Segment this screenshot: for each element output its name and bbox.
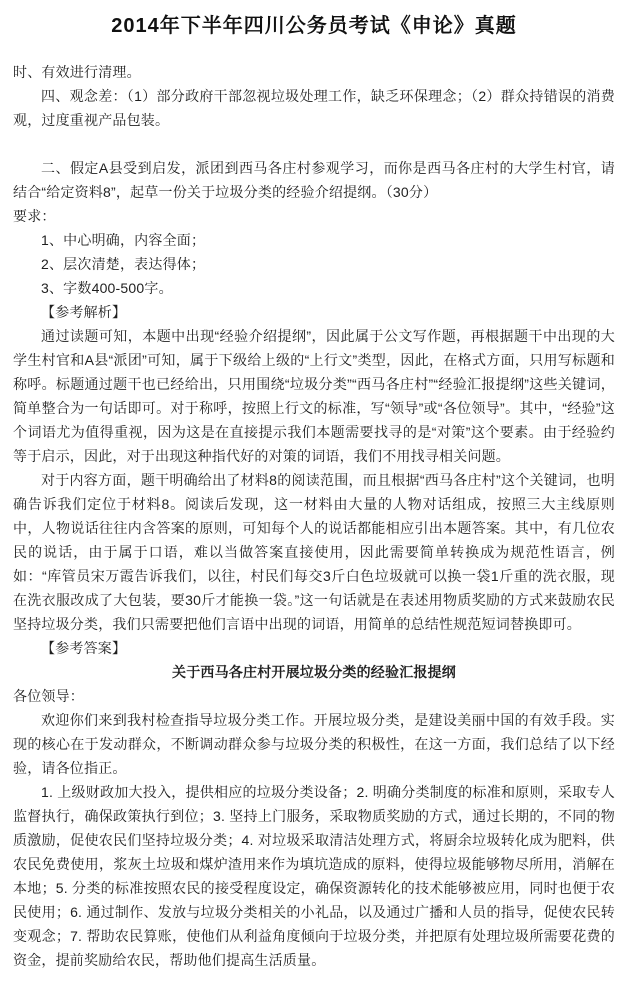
exam-title: 2014年下半年四川公务员考试《申论》真题 (13, 12, 615, 40)
requirement-1: 1、中心明确，内容全面； (13, 228, 615, 252)
answer-section-label: 【参考答案】 (13, 636, 615, 660)
answer-paragraph-2: 1. 上级财政加大投入，提供相应的垃圾分类设备；2. 明确分类制度的标准和原则，… (13, 780, 615, 972)
requirement-2: 2、层次清楚，表达得体； (13, 252, 615, 276)
analysis-section-label: 【参考解析】 (13, 300, 615, 324)
salutation: 各位领导： (13, 684, 615, 708)
paragraph-cleanup-fragment: 时、有效进行清理。 (13, 60, 615, 84)
analysis-paragraph-1: 通过读题可知，本题中出现“经验介绍提纲”，因此属于公文写作题，再根据题干中出现的… (13, 324, 615, 468)
answer-paragraph-1: 欢迎你们来到我村检查指导垃圾分类工作。开展垃圾分类，是建设美丽中国的有效手段。实… (13, 708, 615, 780)
paragraph-question-2: 二、假定A县受到启发，派团到西马各庄村参观学习，而你是西马各庄村的大学生村官，请… (13, 156, 615, 204)
answer-outline-title: 关于西马各庄村开展垃圾分类的经验汇报提纲 (13, 660, 615, 684)
document-page: 2014年下半年四川公务员考试《申论》真题 时、有效进行清理。 四、观念差：（1… (0, 0, 628, 1000)
analysis-paragraph-2: 对于内容方面，题干明确给出了材料8的阅读范围，而且根据“西马各庄村”这个关键词，… (13, 468, 615, 636)
paragraph-point-4: 四、观念差：（1）部分政府干部忽视垃圾处理工作，缺乏环保理念；（2）群众持错误的… (13, 84, 615, 132)
requirements-label: 要求： (13, 204, 615, 228)
requirement-3: 3、字数400-500字。 (13, 276, 615, 300)
